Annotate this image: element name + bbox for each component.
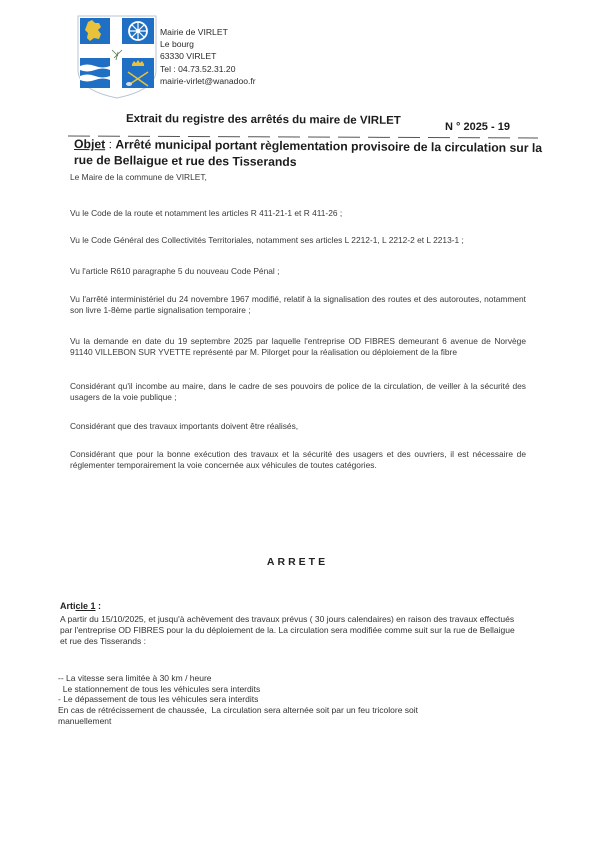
- preamble-considerant-2: Considérant que des travaux importants d…: [70, 421, 526, 432]
- preamble-code-route: Vu le Code de la route et notamment les …: [70, 208, 526, 219]
- objet-colon: :: [105, 137, 115, 151]
- preamble-considerant-1: Considérant qu'il incombe au maire, dans…: [70, 381, 526, 402]
- preamble-maire: Le Maire de la commune de VIRLET,: [70, 172, 526, 183]
- mairie-email: mairie-virlet@wanadoo.fr: [160, 75, 256, 87]
- objet-label: Objet: [74, 137, 105, 151]
- item-parking: Le stationnement de tous les véhicules s…: [58, 684, 518, 695]
- objet-text: Arrêté municipal portant règlementation …: [74, 137, 542, 168]
- article-1-label: Article 1 :: [60, 601, 101, 611]
- article-1-text: A partir du 15/10/2025, et jusqu'à achèv…: [60, 614, 520, 646]
- article-label-number: cle 1: [76, 601, 96, 611]
- article-label-prefix: Arti: [60, 601, 76, 611]
- preamble-considerant-3: Considérant que pour la bonne exécution …: [70, 449, 526, 470]
- mairie-street: Le bourg: [160, 38, 256, 50]
- preamble-demande: Vu la demande en date du 19 septembre 20…: [70, 336, 526, 357]
- mairie-phone: Tel : 04.73.52.31.20: [160, 63, 256, 75]
- mairie-name: Mairie de VIRLET: [160, 26, 256, 38]
- preamble-code-penal: Vu l'article R610 paragraphe 5 du nouvea…: [70, 266, 526, 277]
- mairie-address: Mairie de VIRLET Le bourg 63330 VIRLET T…: [160, 26, 256, 87]
- item-speed-limit: -- La vitesse sera limitée à 30 km / heu…: [58, 673, 518, 684]
- objet: Objet : Arrêté municipal portant règleme…: [74, 137, 544, 172]
- document-title: Extrait du registre des arrêtés du maire…: [126, 113, 401, 127]
- article-1-items: -- La vitesse sera limitée à 30 km / heu…: [58, 673, 518, 727]
- preamble-arrete-1967: Vu l'arrêté interministériel du 24 novem…: [70, 294, 526, 315]
- mairie-city: 63330 VIRLET: [160, 50, 256, 62]
- preamble-cgct: Vu le Code Général des Collectivités Ter…: [70, 235, 526, 246]
- item-overtaking: - Le dépassement de tous les véhicules s…: [58, 694, 518, 705]
- item-narrowing: En cas de rétrécissement de chaussée, La…: [58, 705, 518, 716]
- article-label-suffix: :: [96, 601, 102, 611]
- item-manual: manuellement: [58, 716, 518, 727]
- coat-of-arms-icon: [76, 14, 158, 100]
- arrete-heading: ARRETE: [0, 556, 595, 568]
